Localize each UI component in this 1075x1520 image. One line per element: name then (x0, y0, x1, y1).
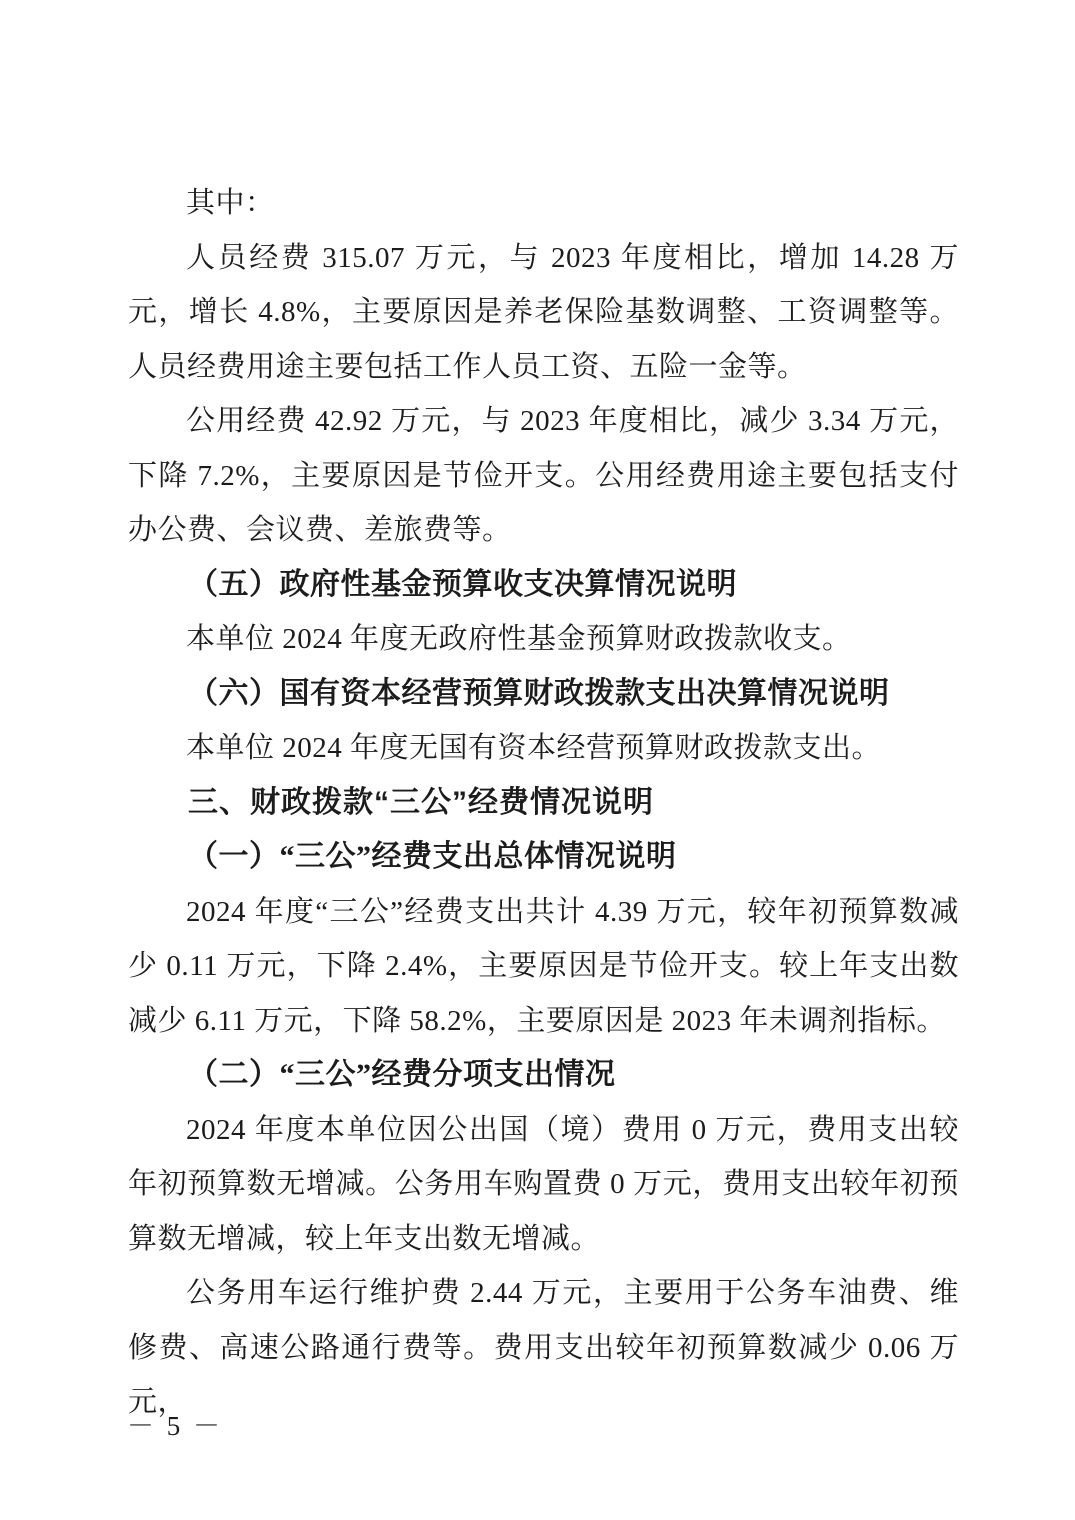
heading-subsection-2: （二）“三公”经费分项支出情况 (128, 1048, 959, 1103)
paragraph-vehicle-maintenance: 公务用车运行维护费 2.44 万元，主要用于公务车油费、维修费、高速公路通行费等… (128, 1266, 959, 1430)
document-body: 其中： 人员经费 315.07 万元，与 2023 年度相比，增加 14.28 … (128, 176, 959, 1430)
paragraph-public-expense: 公用经费 42.92 万元，与 2023 年度相比，减少 3.34 万元，下降 … (128, 394, 959, 558)
paragraph-sangong-total: 2024 年度“三公”经费支出共计 4.39 万元，较年初预算数减少 0.11 … (128, 885, 959, 1049)
heading-subsection-1: （一）“三公”经费支出总体情况说明 (128, 830, 959, 885)
heading-section-5: （五）政府性基金预算收支决算情况说明 (128, 558, 959, 613)
paragraph-qizhong: 其中： (128, 176, 959, 231)
paragraph-sangong-items: 2024 年度本单位因公出国（境）费用 0 万元，费用支出较年初预算数无增减。公… (128, 1103, 959, 1267)
heading-chapter-3-sangong: 三、财政拨款“三公”经费情况说明 (128, 776, 959, 831)
paragraph-no-state-capital: 本单位 2024 年度无国有资本经营预算财政拨款支出。 (128, 721, 959, 776)
paragraph-no-gov-fund: 本单位 2024 年度无政府性基金预算财政拨款收支。 (128, 612, 959, 667)
page-number: － 5 － (127, 1404, 223, 1443)
heading-section-6: （六）国有资本经营预算财政拨款支出决算情况说明 (128, 667, 959, 722)
document-page: 其中： 人员经费 315.07 万元，与 2023 年度相比，增加 14.28 … (0, 0, 1075, 1520)
paragraph-personnel-expense: 人员经费 315.07 万元，与 2023 年度相比，增加 14.28 万元，增… (128, 231, 959, 395)
